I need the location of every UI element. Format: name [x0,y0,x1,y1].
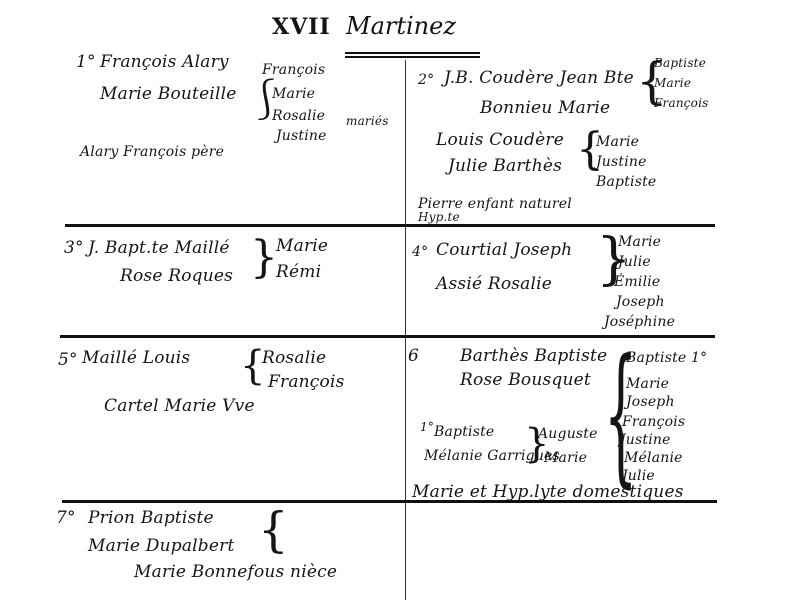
parent-name: Baptiste [434,424,494,440]
extra-note: Marie et Hyp.lyte domestiques [412,482,684,502]
parent-name: Courtial Joseph [436,240,572,260]
page-title: Martinez [346,12,456,40]
entry-number: 2° [418,72,434,88]
child-name: Rosalie [262,348,326,368]
child-name: Marie [276,236,328,256]
child-name: Baptiste [654,56,706,70]
parent-name: Barthès Baptiste [460,346,607,366]
parent-name: Prion Baptiste [88,508,214,528]
child-name: François [654,96,709,110]
parent-name: Assié Rosalie [436,274,552,294]
child-name: Justine [596,154,647,170]
entry-number: 4° [412,244,428,260]
parent-name: J. Bapt.te Maillé [88,238,230,258]
child-name: Émilie [614,274,660,290]
child-name: François [262,62,325,78]
brace-icon: { [258,506,289,554]
entry-number: 3° [64,238,84,258]
entry-number: 1° [420,420,434,434]
child-name: Rémi [276,262,321,282]
child-name: François [268,372,345,392]
parent-name: Rose Roques [120,266,233,286]
column-divider [405,60,406,600]
census-page: XVII Martinez 1° François Alary Marie Bo… [0,0,800,600]
page-number: XVII [272,14,331,40]
parent-name: Marie Bouteille [100,84,237,104]
parent-name: Maillé Louis [82,348,190,368]
brace-icon: } [250,236,278,280]
child-name: Marie [596,134,639,150]
child-name: Rosalie [272,108,325,124]
parent-name: Marie Dupalbert [88,536,235,556]
extra-note: Alary François père [80,144,224,160]
parent-name: Rose Bousquet [460,370,591,390]
entry-number: 5° [58,350,78,370]
parent-name: François Alary [100,52,229,72]
extra-note: Marie Bonnefous nièce [134,562,337,582]
parent-name: Cartel Marie Vve [104,396,255,416]
entry-number: 6 [408,346,419,366]
parent-name: Louis Coudère [436,130,564,150]
child-name: Baptiste [596,174,656,190]
parent-name: Bonnieu Marie [480,98,610,118]
annotation: mariés [346,114,389,128]
entry-number: 7° [56,508,76,528]
child-name: François [622,414,685,430]
child-name: Mélanie [624,450,683,466]
child-name: Marie [272,86,315,102]
child-name: Marie [618,234,661,250]
child-name: Marie [654,76,691,90]
child-name: Marie [544,450,587,466]
child-name: Baptiste 1° [626,350,707,366]
parent-name: Julie Barthès [448,156,562,176]
child-name: Joseph [616,294,665,310]
title-underline [345,52,480,54]
child-name: Joseph [626,394,675,410]
child-name: Justine [276,128,327,144]
child-name: Justine [620,432,671,448]
child-name: Julie [618,254,651,270]
parent-name: J.B. Coudère Jean Bte [444,68,634,88]
child-name: Marie [626,376,669,392]
entry-number: 1° [76,52,96,72]
extra-note: Hyp.te [418,210,460,224]
child-name: Auguste [538,426,598,442]
